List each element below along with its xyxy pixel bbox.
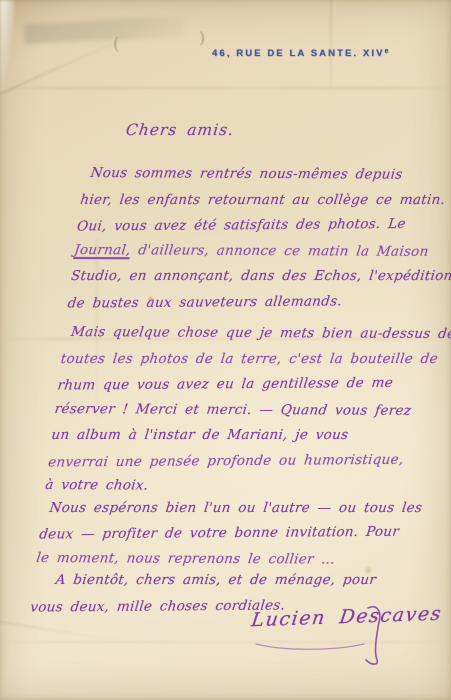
letter-line: Oui, vous avez été satisfaits des photos… <box>76 211 451 240</box>
letter-line: deux — profiter de votre bonne invitatio… <box>38 519 429 548</box>
salutation: Chers amis. <box>125 121 235 139</box>
letterhead-address: 46, RUE DE LA SANTE. XIV <box>212 48 385 59</box>
letter-line: Mais quelque chose que je mets bien au-d… <box>62 320 451 348</box>
letter-line: Journal, d'ailleurs, annonce ce matin la… <box>73 237 451 265</box>
letter-line: toutes les photos de la terre, c'est la … <box>59 347 450 373</box>
letter-line: hier, les enfants retournant au collège … <box>79 188 451 214</box>
letter-line: réserver ! Merci et merci. — Quand vous … <box>53 396 444 424</box>
paper-crease <box>0 87 451 89</box>
letter-line-rest: d'ailleurs, annonce ce matin la Maison <box>130 242 430 260</box>
journal-underlined-word: Journal, <box>73 241 131 257</box>
letter-scan: ( ) 46, RUE DE LA SANTE. XIVe Chers amis… <box>0 0 451 700</box>
pencil-mark: ( <box>113 34 119 53</box>
letter-line: enverrai une pensée profonde ou humorist… <box>47 447 438 476</box>
letter-line: un album à l'instar de Mariani, je vous <box>50 423 441 449</box>
letter-line: à votre choix. <box>44 473 435 501</box>
paper-edge-highlight <box>0 0 14 95</box>
letter-line: de bustes aux sauveteurs allemands. <box>66 288 451 317</box>
letter-line: Studio, en annonçant, dans des Echos, l'… <box>69 264 451 290</box>
paper-crease <box>330 0 332 90</box>
letter-body: Nous sommes rentrés nous-mêmes depuis hi… <box>29 162 451 619</box>
letter-line: rhum que vous avez eu la gentillesse de … <box>56 370 447 399</box>
letterhead-arrondissement-sup: e <box>385 48 390 55</box>
letter-line: le moment, nous reprenons le collier ... <box>35 545 426 573</box>
paper-crease <box>0 641 451 643</box>
letter-line: Nous sommes rentrés nous-mêmes depuis <box>82 161 451 189</box>
letterhead-stamp: 46, RUE DE LA SANTE. XIVe <box>212 48 389 59</box>
paper-crease <box>0 620 114 641</box>
pencil-mark: ) <box>199 28 205 47</box>
